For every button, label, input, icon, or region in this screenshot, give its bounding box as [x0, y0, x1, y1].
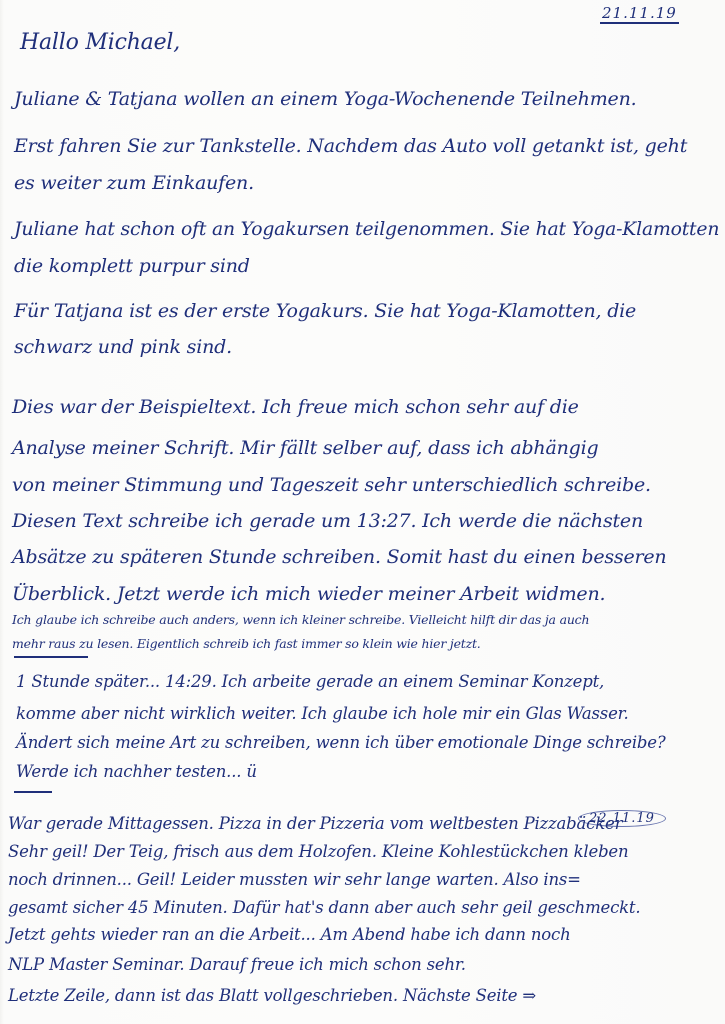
- paragraph3-line: Werde ich nachher testen... ü: [16, 762, 257, 781]
- paragraph2-line: Analyse meiner Schrift. Mir fällt selber…: [12, 437, 598, 459]
- paragraph1-line: es weiter zum Einkaufen.: [14, 172, 254, 194]
- paper-sheet: 21.11.19 Hallo Michael, Juliane & Tatjan…: [0, 0, 725, 1024]
- divider-rule: [14, 791, 52, 793]
- paragraph3-line: 1 Stunde später... 14:29. Ich arbeite ge…: [16, 672, 604, 691]
- paragraph2-line: von meiner Stimmung und Tageszeit sehr u…: [12, 474, 651, 496]
- paragraph4-line: gesamt sicher 45 Minuten. Dafür hat's da…: [8, 898, 640, 917]
- paragraph4-line: NLP Master Seminar. Darauf freue ich mic…: [8, 955, 466, 974]
- paragraph1-line: Erst fahren Sie zur Tankstelle. Nachdem …: [14, 135, 687, 157]
- paragraph1-line: schwarz und pink sind.: [14, 336, 232, 358]
- paragraph2-small-line: Ich glaube ich schreibe auch anders, wen…: [12, 612, 589, 627]
- paragraph1-line: Juliane & Tatjana wollen an einem Yoga-W…: [14, 88, 636, 110]
- divider-rule: [14, 656, 88, 658]
- paragraph4-line: Jetzt gehts wieder ran an die Arbeit... …: [8, 925, 571, 944]
- greeting: Hallo Michael,: [20, 30, 180, 55]
- paragraph2-line: Überblick. Jetzt werde ich mich wieder m…: [12, 583, 605, 605]
- paragraph1-line: Für Tatjana ist es der erste Yogakurs. S…: [14, 300, 636, 322]
- paragraph2-line: Absätze zu späteren Stunde schreiben. So…: [12, 546, 666, 568]
- paragraph4-line: War gerade Mittagessen. Pizza in der Piz…: [8, 814, 622, 833]
- paragraph2-line: Dies war der Beispieltext. Ich freue mic…: [12, 396, 579, 418]
- paragraph3-line: komme aber nicht wirklich weiter. Ich gl…: [16, 704, 629, 723]
- paragraph4-line: noch drinnen... Geil! Leider mussten wir…: [8, 870, 581, 889]
- paragraph2-small-line: mehr raus zu lesen. Eigentlich schreib i…: [12, 636, 481, 651]
- paragraph1-line: Juliane hat schon oft an Yogakursen teil…: [14, 218, 719, 240]
- paragraph4-line: Sehr geil! Der Teig, frisch aus dem Holz…: [8, 842, 628, 861]
- date-header: 21.11.19: [600, 4, 679, 24]
- paragraph3-line: Ändert sich meine Art zu schreiben, wenn…: [16, 733, 666, 752]
- paragraph4-line: Letzte Zeile, dann ist das Blatt vollges…: [8, 986, 536, 1005]
- paragraph2-line: Diesen Text schreibe ich gerade um 13:27…: [12, 510, 643, 532]
- paragraph1-line: die komplett purpur sind: [14, 255, 250, 277]
